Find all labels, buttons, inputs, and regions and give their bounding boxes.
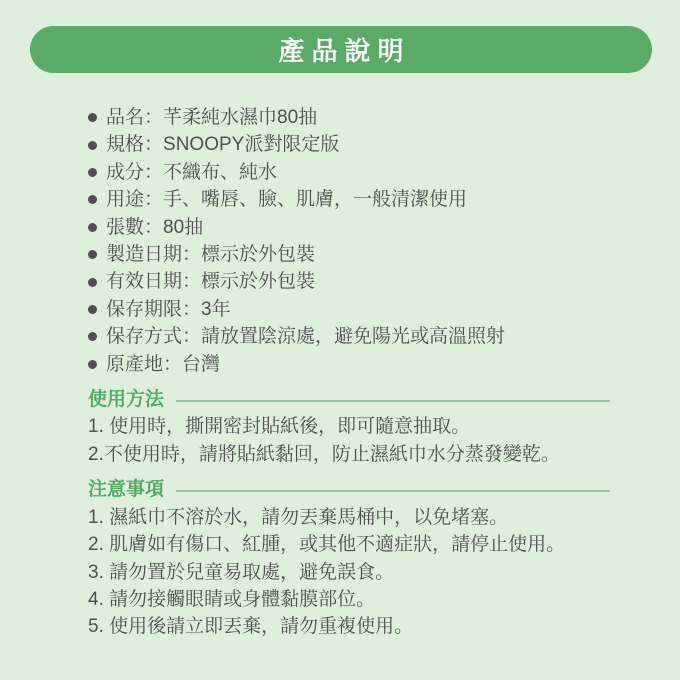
bullet-icon <box>88 223 97 232</box>
spec-row-sheet-count: 張數：80抽 <box>88 214 610 241</box>
spec-label: 成分 <box>106 159 144 186</box>
spec-row-uses: 用途：手、嘴唇、臉、肌膚，一般清潔使用 <box>88 186 610 213</box>
bullet-icon <box>88 168 97 177</box>
spec-colon: ： <box>144 131 163 158</box>
spec-colon: ： <box>144 186 163 213</box>
spec-label: 用途 <box>106 186 144 213</box>
spec-row-storage: 保存方式：請放置陰涼處，避免陽光或高溫照射 <box>88 323 610 350</box>
usage-item: 2.不使用時，請將貼紙黏回，防止濕紙巾水分蒸發變乾。 <box>88 441 610 468</box>
notice-item: 2. 肌膚如有傷口、紅腫，或其他不適症狀，請停止使用。 <box>88 531 610 558</box>
spec-label: 品名 <box>106 104 144 131</box>
page-title: 產品說明 <box>30 26 652 73</box>
spec-colon: ： <box>144 104 163 131</box>
usage-section: 使用方法 1. 使用時，撕開密封貼紙後，即可隨意抽取。 2.不使用時，請將貼紙黏… <box>88 386 610 468</box>
spec-label: 保存期限 <box>106 296 182 323</box>
spec-colon: ： <box>182 323 201 350</box>
usage-heading: 使用方法 <box>88 386 164 413</box>
spec-row-manufacture-date: 製造日期：標示於外包裝 <box>88 241 610 268</box>
spec-row-ingredients: 成分：不織布、純水 <box>88 159 610 186</box>
bullet-icon <box>88 305 97 314</box>
spec-value: SNOOPY派對限定版 <box>163 131 339 158</box>
spec-label: 製造日期 <box>106 241 182 268</box>
spec-label: 張數 <box>106 214 144 241</box>
notice-item: 4. 請勿接觸眼睛或身體黏膜部位。 <box>88 586 610 613</box>
notice-item: 1. 濕紙巾不溶於水，請勿丟棄馬桶中，以免堵塞。 <box>88 504 610 531</box>
notice-item: 3. 請勿置於兒童易取處，避免誤食。 <box>88 559 610 586</box>
spec-colon: ： <box>163 351 182 378</box>
content: 品名：芊柔純水濕巾80抽 規格：SNOOPY派對限定版 成分：不織布、純水 用途… <box>88 104 610 641</box>
product-description-page: 產品說明 品名：芊柔純水濕巾80抽 規格：SNOOPY派對限定版 成分：不織布、… <box>0 0 680 680</box>
bullet-icon <box>88 113 97 122</box>
usage-item: 1. 使用時，撕開密封貼紙後，即可隨意抽取。 <box>88 413 610 440</box>
notice-item: 5. 使用後請立即丟棄，請勿重複使用。 <box>88 613 610 640</box>
spec-value: 標示於外包裝 <box>201 268 315 295</box>
bullet-icon <box>88 250 97 259</box>
spec-colon: ： <box>182 296 201 323</box>
notice-heading-row: 注意事項 <box>88 476 610 503</box>
usage-heading-row: 使用方法 <box>88 386 610 413</box>
bullet-icon <box>88 332 97 341</box>
spec-colon: ： <box>144 214 163 241</box>
spec-list: 品名：芊柔純水濕巾80抽 規格：SNOOPY派對限定版 成分：不織布、純水 用途… <box>88 104 610 378</box>
bullet-icon <box>88 278 97 287</box>
spec-label: 規格 <box>106 131 144 158</box>
bullet-icon <box>88 141 97 150</box>
spec-label: 保存方式 <box>106 323 182 350</box>
spec-value: 台灣 <box>182 351 220 378</box>
spec-row-product-name: 品名：芊柔純水濕巾80抽 <box>88 104 610 131</box>
spec-row-shelf-life: 保存期限：3年 <box>88 296 610 323</box>
spec-row-edition: 規格：SNOOPY派對限定版 <box>88 131 610 158</box>
spec-label: 原產地 <box>106 351 163 378</box>
bullet-icon <box>88 195 97 204</box>
spec-colon: ： <box>182 268 201 295</box>
page-title-text: 產品說明 <box>271 31 410 68</box>
spec-value: 芊柔純水濕巾80抽 <box>163 104 317 131</box>
spec-value: 請放置陰涼處，避免陽光或高溫照射 <box>201 323 505 350</box>
spec-value: 3年 <box>201 296 231 323</box>
spec-colon: ： <box>144 159 163 186</box>
spec-value: 標示於外包裝 <box>201 241 315 268</box>
spec-row-origin: 原產地：台灣 <box>88 351 610 378</box>
heading-divider <box>176 490 610 492</box>
spec-value: 不織布、純水 <box>163 159 277 186</box>
notice-heading: 注意事項 <box>88 476 164 503</box>
spec-colon: ： <box>182 241 201 268</box>
spec-row-expiry-date: 有效日期：標示於外包裝 <box>88 268 610 295</box>
spec-label: 有效日期 <box>106 268 182 295</box>
notice-section: 注意事項 1. 濕紙巾不溶於水，請勿丟棄馬桶中，以免堵塞。 2. 肌膚如有傷口、… <box>88 476 610 640</box>
spec-value: 手、嘴唇、臉、肌膚，一般清潔使用 <box>163 186 467 213</box>
heading-divider <box>176 400 610 402</box>
spec-value: 80抽 <box>163 214 203 241</box>
bullet-icon <box>88 360 97 369</box>
